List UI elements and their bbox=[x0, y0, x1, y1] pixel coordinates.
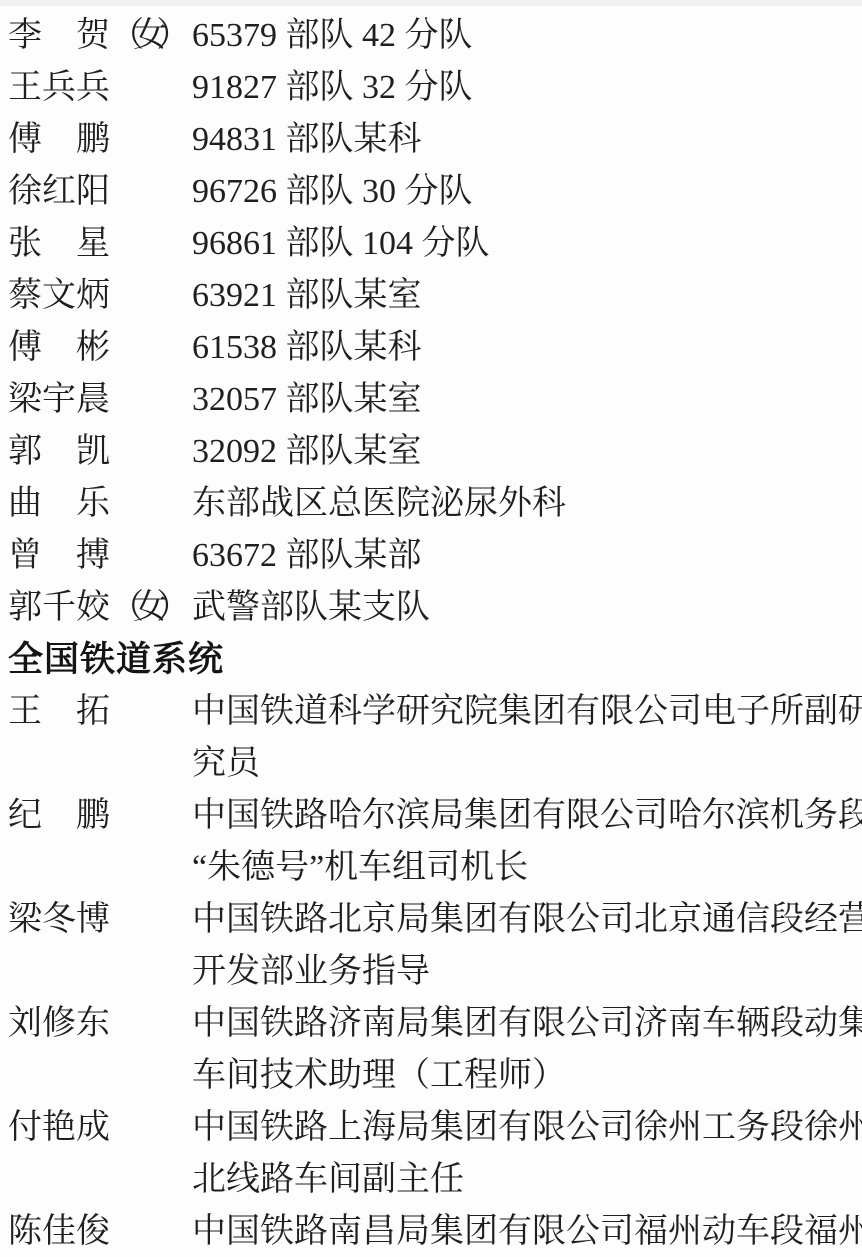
document-content: 李 贺（女）65379 部队 42 分队王兵兵91827 部队 32 分队傅 鹏… bbox=[0, 10, 862, 1257]
person-name-text: 郭 凯 bbox=[8, 433, 110, 470]
person-name-text: 曲 乐 bbox=[8, 485, 110, 522]
affiliation-line: 究员 bbox=[192, 738, 862, 790]
affiliation: 91827 部队 32 分队 bbox=[192, 62, 862, 114]
affiliation-line: 武警部队某支队 bbox=[192, 582, 862, 634]
section-military: 李 贺（女）65379 部队 42 分队王兵兵91827 部队 32 分队傅 鹏… bbox=[0, 10, 862, 634]
affiliation: 中国铁道科学研究院集团有限公司电子所副研究员 bbox=[192, 686, 862, 790]
person-name-text: 王 拓 bbox=[8, 693, 110, 730]
person-name: 付艳成 bbox=[8, 1102, 192, 1206]
affiliation-line: 北线路车间副主任 bbox=[192, 1154, 862, 1206]
entry-row: 梁冬博中国铁路北京局集团有限公司北京通信段经营开发部业务指导 bbox=[0, 894, 862, 998]
affiliation: 中国铁路北京局集团有限公司北京通信段经营开发部业务指导 bbox=[192, 894, 862, 998]
affiliation: 中国铁路南昌局集团有限公司福州动车段福州 bbox=[192, 1206, 862, 1257]
person-name: 徐红阳 bbox=[8, 166, 192, 218]
section-heading: 全国铁道系统 bbox=[0, 634, 862, 686]
person-name: 王兵兵 bbox=[8, 62, 192, 114]
affiliation-line: 中国铁路哈尔滨局集团有限公司哈尔滨机务段 bbox=[192, 790, 862, 842]
person-name-text: 蔡文炳 bbox=[8, 277, 110, 314]
affiliation-line: 96726 部队 30 分队 bbox=[192, 166, 862, 218]
person-name-text: 付艳成 bbox=[8, 1109, 110, 1146]
person-name-text: 纪 鹏 bbox=[8, 797, 110, 834]
affiliation-line: 94831 部队某科 bbox=[192, 114, 862, 166]
entry-row: 曾 搏63672 部队某部 bbox=[0, 530, 862, 582]
affiliation: 65379 部队 42 分队 bbox=[192, 10, 862, 62]
entry-row: 蔡文炳63921 部队某室 bbox=[0, 270, 862, 322]
entry-row: 陈佳俊中国铁路南昌局集团有限公司福州动车段福州 bbox=[0, 1206, 862, 1257]
person-name: 蔡文炳 bbox=[8, 270, 192, 322]
affiliation-line: 中国铁路上海局集团有限公司徐州工务段徐州 bbox=[192, 1102, 862, 1154]
entry-row: 徐红阳96726 部队 30 分队 bbox=[0, 166, 862, 218]
person-name: 傅 鹏 bbox=[8, 114, 192, 166]
person-name-text: 傅 彬 bbox=[8, 329, 110, 366]
entry-row: 刘修东中国铁路济南局集团有限公司济南车辆段动集车间技术助理（工程师） bbox=[0, 998, 862, 1102]
person-name: 陈佳俊 bbox=[8, 1206, 192, 1257]
person-name: 曲 乐 bbox=[8, 478, 192, 530]
affiliation: 96861 部队 104 分队 bbox=[192, 218, 862, 270]
entry-row: 傅 鹏94831 部队某科 bbox=[0, 114, 862, 166]
person-name-text: 梁宇晨 bbox=[8, 381, 110, 418]
person-name-text: 王兵兵 bbox=[8, 69, 110, 106]
scan-artifact-band bbox=[0, 0, 862, 6]
affiliation: 63921 部队某室 bbox=[192, 270, 862, 322]
person-name: 张 星 bbox=[8, 218, 192, 270]
affiliation-line: “朱德号”机车组司机长 bbox=[192, 842, 862, 894]
person-name-text: 曾 搏 bbox=[8, 537, 110, 574]
person-name-text: 徐红阳 bbox=[8, 173, 110, 210]
affiliation: 94831 部队某科 bbox=[192, 114, 862, 166]
affiliation: 中国铁路济南局集团有限公司济南车辆段动集车间技术助理（工程师） bbox=[192, 998, 862, 1102]
person-name-text: 刘修东 bbox=[8, 1005, 110, 1042]
person-name: 傅 彬 bbox=[8, 322, 192, 374]
affiliation-line: 32092 部队某室 bbox=[192, 426, 862, 478]
person-name: 梁冬博 bbox=[8, 894, 192, 998]
affiliation: 32057 部队某室 bbox=[192, 374, 862, 426]
person-name-text: 张 星 bbox=[8, 225, 110, 262]
entry-row: 郭千姣（女）武警部队某支队 bbox=[0, 582, 862, 634]
entry-row: 纪 鹏中国铁路哈尔滨局集团有限公司哈尔滨机务段“朱德号”机车组司机长 bbox=[0, 790, 862, 894]
entry-row: 李 贺（女）65379 部队 42 分队 bbox=[0, 10, 862, 62]
person-name: 曾 搏 bbox=[8, 530, 192, 582]
affiliation-line: 32057 部队某室 bbox=[192, 374, 862, 426]
entry-row: 傅 彬61538 部队某科 bbox=[0, 322, 862, 374]
affiliation-line: 63672 部队某部 bbox=[192, 530, 862, 582]
person-name: 郭 凯 bbox=[8, 426, 192, 478]
person-name: 王 拓 bbox=[8, 686, 192, 790]
affiliation-line: 中国铁路南昌局集团有限公司福州动车段福州 bbox=[192, 1206, 862, 1257]
affiliation-line: 东部战区总医院泌尿外科 bbox=[192, 478, 862, 530]
entry-row: 付艳成中国铁路上海局集团有限公司徐州工务段徐州北线路车间副主任 bbox=[0, 1102, 862, 1206]
entry-row: 梁宇晨32057 部队某室 bbox=[0, 374, 862, 426]
affiliation: 96726 部队 30 分队 bbox=[192, 166, 862, 218]
gender-note: （女） bbox=[110, 17, 179, 54]
section-railway: 全国铁道系统王 拓中国铁道科学研究院集团有限公司电子所副研究员纪 鹏中国铁路哈尔… bbox=[0, 634, 862, 1257]
affiliation-line: 中国铁路北京局集团有限公司北京通信段经营 bbox=[192, 894, 862, 946]
person-name: 梁宇晨 bbox=[8, 374, 192, 426]
entry-row: 张 星96861 部队 104 分队 bbox=[0, 218, 862, 270]
person-name-text: 梁冬博 bbox=[8, 901, 110, 938]
gender-note: （女） bbox=[110, 589, 179, 626]
affiliation: 63672 部队某部 bbox=[192, 530, 862, 582]
affiliation-line: 61538 部队某科 bbox=[192, 322, 862, 374]
document-page: 李 贺（女）65379 部队 42 分队王兵兵91827 部队 32 分队傅 鹏… bbox=[0, 0, 862, 1257]
affiliation: 东部战区总医院泌尿外科 bbox=[192, 478, 862, 530]
entry-row: 曲 乐东部战区总医院泌尿外科 bbox=[0, 478, 862, 530]
person-name-text: 李 贺 bbox=[8, 17, 110, 54]
person-name: 纪 鹏 bbox=[8, 790, 192, 894]
affiliation: 武警部队某支队 bbox=[192, 582, 862, 634]
entry-row: 王 拓中国铁道科学研究院集团有限公司电子所副研究员 bbox=[0, 686, 862, 790]
person-name-text: 傅 鹏 bbox=[8, 121, 110, 158]
entry-row: 王兵兵91827 部队 32 分队 bbox=[0, 62, 862, 114]
affiliation-line: 91827 部队 32 分队 bbox=[192, 62, 862, 114]
person-name: 刘修东 bbox=[8, 998, 192, 1102]
affiliation: 61538 部队某科 bbox=[192, 322, 862, 374]
affiliation: 中国铁路上海局集团有限公司徐州工务段徐州北线路车间副主任 bbox=[192, 1102, 862, 1206]
entry-row: 郭 凯32092 部队某室 bbox=[0, 426, 862, 478]
affiliation-line: 63921 部队某室 bbox=[192, 270, 862, 322]
affiliation-line: 中国铁道科学研究院集团有限公司电子所副研 bbox=[192, 686, 862, 738]
affiliation-line: 开发部业务指导 bbox=[192, 946, 862, 998]
person-name: 郭千姣（女） bbox=[8, 582, 192, 634]
affiliation-line: 65379 部队 42 分队 bbox=[192, 10, 862, 62]
affiliation: 中国铁路哈尔滨局集团有限公司哈尔滨机务段“朱德号”机车组司机长 bbox=[192, 790, 862, 894]
affiliation-line: 车间技术助理（工程师） bbox=[192, 1050, 862, 1102]
affiliation: 32092 部队某室 bbox=[192, 426, 862, 478]
affiliation-line: 96861 部队 104 分队 bbox=[192, 218, 862, 270]
person-name-text: 郭千姣 bbox=[8, 589, 110, 626]
affiliation-line: 中国铁路济南局集团有限公司济南车辆段动集 bbox=[192, 998, 862, 1050]
person-name-text: 陈佳俊 bbox=[8, 1213, 110, 1250]
person-name: 李 贺（女） bbox=[8, 10, 192, 62]
